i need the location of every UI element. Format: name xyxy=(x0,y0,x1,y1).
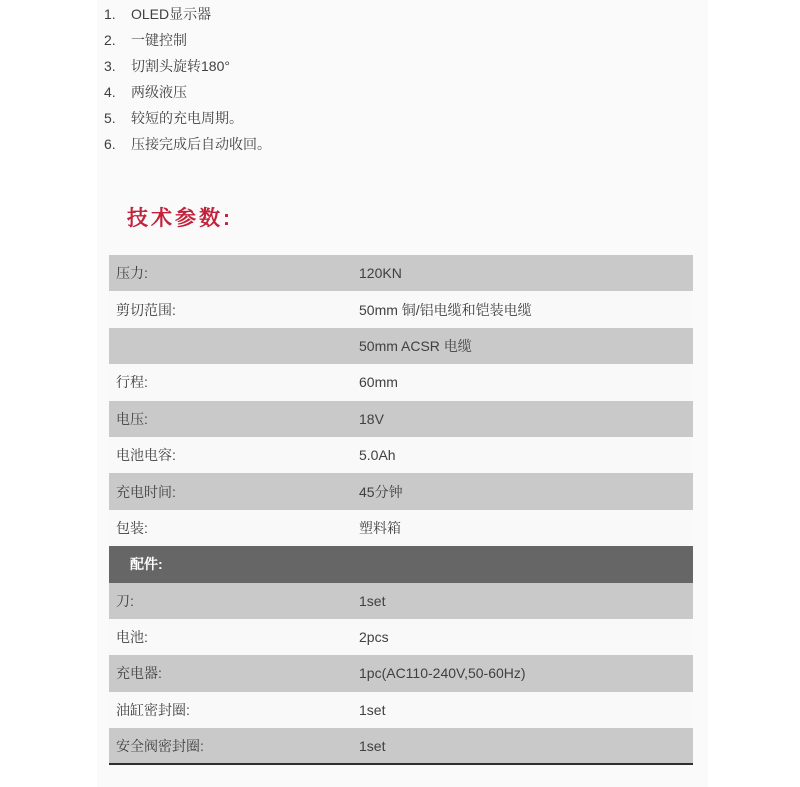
feature-number: 2. xyxy=(104,27,124,53)
spec-value: 50mm ACSR 电缆 xyxy=(359,328,693,364)
spec-table-row: 电池电容: 5.0Ah xyxy=(109,437,693,473)
spec-table: 压力: 120KN 剪切范围: 50mm 铜/铝电缆和铠装电缆 50mm ACS… xyxy=(109,255,693,765)
feature-number: 1. xyxy=(104,1,124,27)
feature-list: 1. OLED显示器 2. 一键控制 3. 切割头旋转180° 4. 两级液压 … xyxy=(97,0,708,157)
feature-number: 4. xyxy=(104,79,124,105)
spec-value: 18V xyxy=(359,401,693,437)
spec-value: 45分钟 xyxy=(359,473,693,509)
spec-label: 电池电容: xyxy=(109,437,359,473)
feature-text: 切割头旋转180° xyxy=(131,53,230,79)
feature-list-item: 6. 压接完成后自动收回。 xyxy=(97,131,708,157)
spec-table-row: 电池: 2pcs xyxy=(109,619,693,655)
spec-table-row: 油缸密封圈: 1set xyxy=(109,692,693,728)
spec-table-row: 电压: 18V xyxy=(109,401,693,437)
spec-table-row: 刀: 1set xyxy=(109,583,693,619)
spec-label: 电池: xyxy=(109,619,359,655)
feature-text: OLED显示器 xyxy=(131,1,211,27)
spec-label: 油缸密封圈: xyxy=(109,692,359,728)
spec-label: 电压: xyxy=(109,401,359,437)
spec-label: 安全阀密封圈: xyxy=(109,728,359,764)
spec-table-row: 50mm ACSR 电缆 xyxy=(109,328,693,364)
feature-number: 5. xyxy=(104,105,124,131)
spec-value: 50mm 铜/铝电缆和铠装电缆 xyxy=(359,291,693,327)
spec-label: 充电器: xyxy=(109,655,359,691)
spec-value: 1set xyxy=(359,692,693,728)
spec-table-row: 剪切范围: 50mm 铜/铝电缆和铠装电缆 xyxy=(109,291,693,327)
feature-list-item: 3. 切割头旋转180° xyxy=(97,53,708,79)
spec-table-row: 充电时间: 45分钟 xyxy=(109,473,693,509)
spec-label: 刀: xyxy=(109,583,359,619)
spec-table-row: 行程: 60mm xyxy=(109,364,693,400)
accessories-header-row: 配件: xyxy=(109,546,693,582)
content-column: 1. OLED显示器 2. 一键控制 3. 切割头旋转180° 4. 两级液压 … xyxy=(97,0,708,787)
spec-table-row: 压力: 120KN xyxy=(109,255,693,291)
feature-text: 一键控制 xyxy=(131,27,187,53)
feature-text: 压接完成后自动收回。 xyxy=(131,131,271,157)
spec-value: 塑料箱 xyxy=(359,510,693,546)
spec-value: 2pcs xyxy=(359,619,693,655)
spec-value: 60mm xyxy=(359,364,693,400)
feature-text: 两级液压 xyxy=(131,79,187,105)
spec-value: 1pc(AC110-240V,50-60Hz) xyxy=(359,655,693,691)
spec-label: 充电时间: xyxy=(109,473,359,509)
spec-label: 压力: xyxy=(109,255,359,291)
spec-table-row: 安全阀密封圈: 1set xyxy=(109,728,693,764)
feature-text: 较短的充电周期。 xyxy=(131,105,243,131)
spec-value: 1set xyxy=(359,728,693,764)
spec-table-row: 充电器: 1pc(AC110-240V,50-60Hz) xyxy=(109,655,693,691)
section-title: 技术参数: xyxy=(127,204,708,233)
spec-value: 1set xyxy=(359,583,693,619)
accessories-header-label: 配件: xyxy=(109,546,693,582)
feature-list-item: 2. 一键控制 xyxy=(97,27,708,53)
spec-table-row: 包装: 塑料箱 xyxy=(109,510,693,546)
feature-number: 6. xyxy=(104,131,124,157)
spec-label: 行程: xyxy=(109,364,359,400)
spec-table-body: 压力: 120KN 剪切范围: 50mm 铜/铝电缆和铠装电缆 50mm ACS… xyxy=(109,255,693,764)
feature-number: 3. xyxy=(104,53,124,79)
spec-value: 120KN xyxy=(359,255,693,291)
spec-label: 包装: xyxy=(109,510,359,546)
feature-list-item: 1. OLED显示器 xyxy=(97,1,708,27)
spec-label xyxy=(109,328,359,364)
feature-list-item: 5. 较短的充电周期。 xyxy=(97,105,708,131)
spec-label: 剪切范围: xyxy=(109,291,359,327)
feature-list-item: 4. 两级液压 xyxy=(97,79,708,105)
spec-value: 5.0Ah xyxy=(359,437,693,473)
